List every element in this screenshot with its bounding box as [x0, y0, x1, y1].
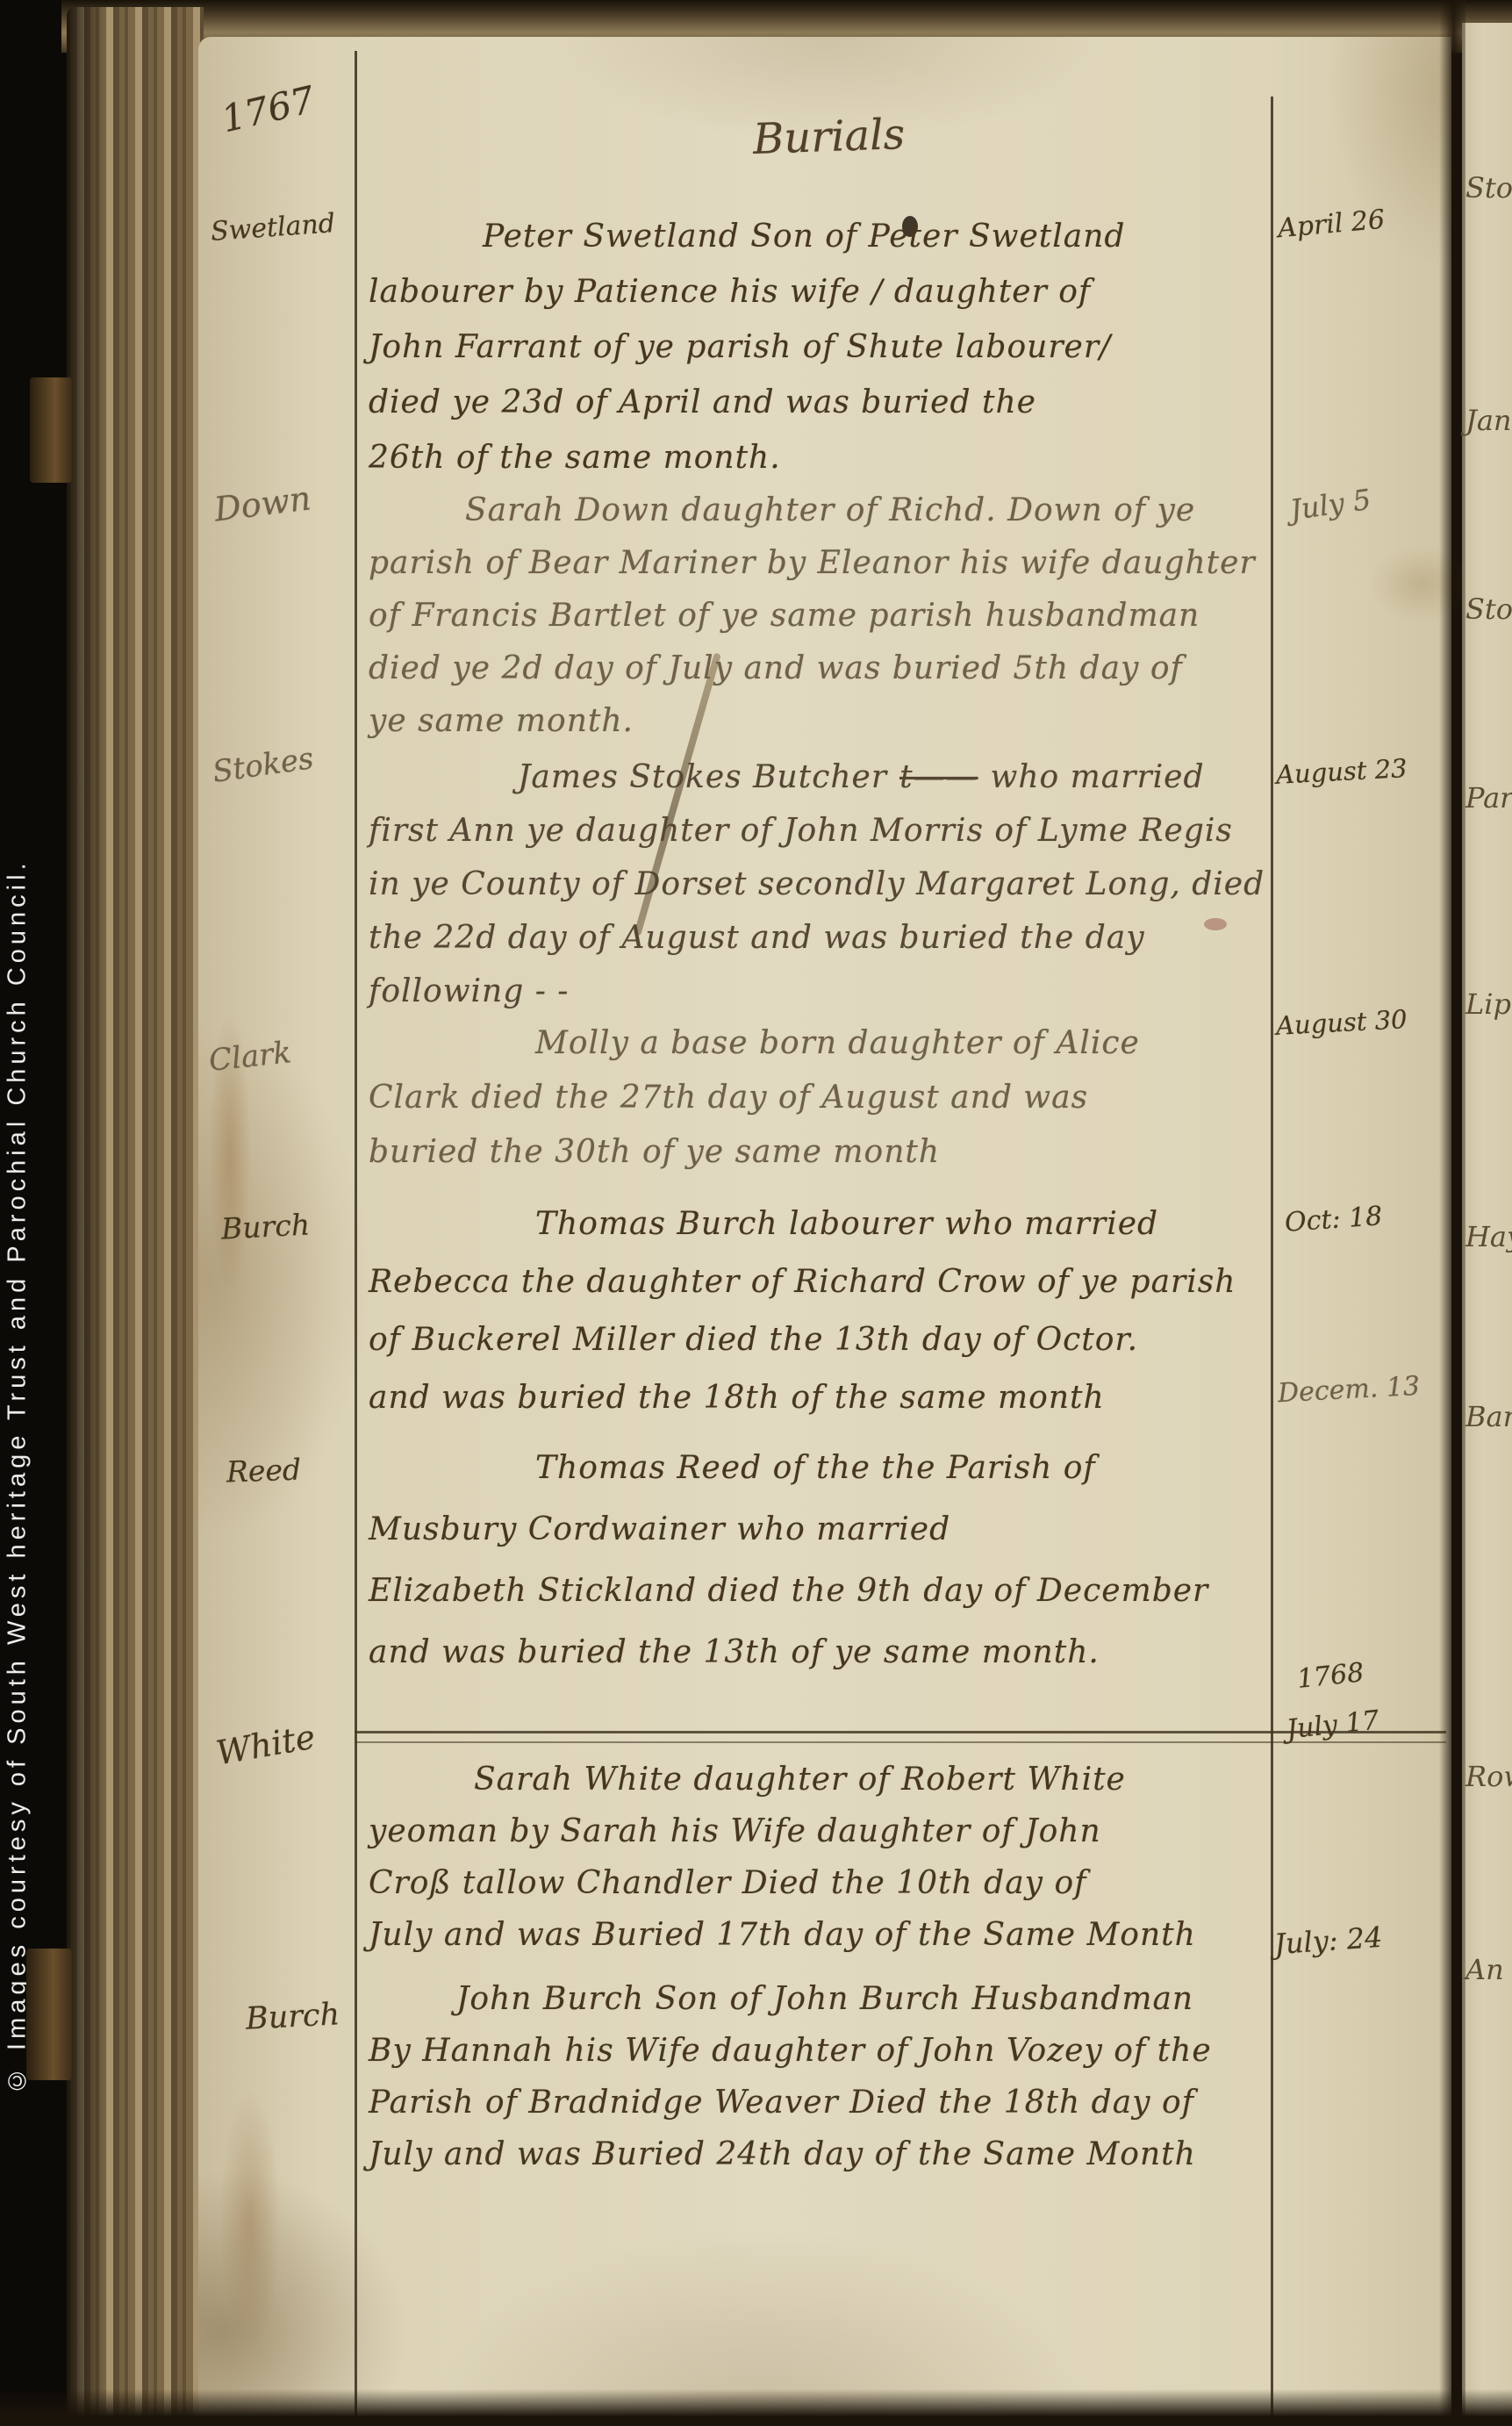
- book-gutter-shadow: [1439, 0, 1465, 2426]
- entry-line: the 22d day of August and was buried the…: [369, 911, 1286, 965]
- burial-entry-down: Sarah Down daughter of Richd. Down of ye…: [369, 484, 1286, 748]
- burial-entry-burch: Thomas Burch labourer who married Rebecc…: [369, 1195, 1286, 1427]
- entry-line: Thomas Reed of the the Parish of: [369, 1438, 1286, 1499]
- foxing-stain: [219, 2089, 281, 2352]
- entry-line: John Burch Son of John Burch Husbandman: [369, 1973, 1286, 2025]
- entry-line: in ye County of Dorset secondly Margaret…: [369, 858, 1286, 911]
- burial-entry-swetland: Peter Swetland Son of Peter Swetland lab…: [369, 209, 1286, 485]
- entry-line: buried the 30th of ye same month: [369, 1125, 1286, 1180]
- entry-line: Clark died the 27th day of August and wa…: [369, 1071, 1286, 1125]
- entry-line-segment: James Stokes Butcher: [518, 759, 887, 795]
- next-page-fragment: Parr: [1465, 781, 1512, 815]
- entry-line: Croß tallow Chandler Died the 10th day o…: [369, 1857, 1286, 1909]
- burial-entry-reed: Thomas Reed of the the Parish of Musbury…: [369, 1438, 1286, 1683]
- entry-line: of Buckerel Miller died the 13th day of …: [369, 1311, 1286, 1369]
- entry-line: died ye 23d of April and was buried the: [369, 375, 1286, 430]
- entry-line: yeoman by Sarah his Wife daughter of Joh…: [369, 1805, 1286, 1857]
- year-divider-rule: [355, 1731, 1446, 1743]
- next-page-fragment: Sto: [1465, 171, 1512, 205]
- book-page-edges: [67, 7, 204, 2426]
- entry-line: Sarah White daughter of Robert White: [369, 1754, 1286, 1805]
- burial-entry-clark: Molly a base born daughter of Alice Clar…: [369, 1016, 1286, 1180]
- entry-line: ye same month.: [369, 695, 1286, 748]
- binding-strap: [30, 377, 72, 483]
- binding-strap: [26, 1949, 72, 2080]
- entry-line: Molly a base born daughter of Alice: [369, 1016, 1286, 1071]
- entry-line: Parish of Bradnidge Weaver Died the 18th…: [369, 2077, 1286, 2128]
- surname-column-rule: [355, 51, 357, 2426]
- next-page-fragment: Hay: [1465, 1220, 1512, 1253]
- entry-line: Rebecca the daughter of Richard Crow of …: [369, 1253, 1286, 1311]
- margin-surname-burch2: Burch: [245, 1997, 340, 2037]
- entry-line: July and was Buried 17th day of the Same…: [369, 1909, 1286, 1961]
- entry-line: and was buried the 18th of the same mont…: [369, 1369, 1286, 1427]
- entry-line: Elizabeth Stickland died the 9th day of …: [369, 1561, 1286, 1622]
- crossed-out-word: t——: [899, 759, 978, 795]
- entry-line: John Farrant of ye parish of Shute labou…: [369, 319, 1286, 375]
- entry-line: following - -: [369, 965, 1286, 1018]
- entry-line: Thomas Burch labourer who married: [369, 1195, 1286, 1253]
- page-title-burials: Burials: [752, 110, 906, 164]
- margin-surname-reed: Reed: [226, 1453, 301, 1489]
- next-page-fragment: Jan: [1465, 404, 1512, 437]
- burial-entry-white: Sarah White daughter of Robert White yeo…: [369, 1754, 1286, 1961]
- entry-line: Peter Swetland Son of Peter Swetland: [369, 209, 1286, 264]
- entry-line: Sarah Down daughter of Richd. Down of ye: [369, 484, 1286, 537]
- next-page-fragment: Rowle: [1465, 1760, 1512, 1793]
- parish-register-photo: © Images courtesy of South West heritage…: [0, 0, 1512, 2426]
- book-bottom-shadow: [0, 2389, 1512, 2426]
- entry-line: July and was Buried 24th day of the Same…: [369, 2128, 1286, 2180]
- entry-line: died ye 2d day of July and was buried 5t…: [369, 642, 1286, 695]
- burial-entry-burch2: John Burch Son of John Burch Husbandman …: [369, 1973, 1286, 2180]
- entry-line: By Hannah his Wife daughter of John Voze…: [369, 2025, 1286, 2077]
- next-page-fragment: Lippin: [1465, 987, 1512, 1021]
- entry-line: James Stokes Butchert——who married: [369, 750, 1286, 804]
- margin-surname-burch: Burch: [220, 1207, 311, 1245]
- entry-line: labourer by Patience his wife / daughter…: [369, 264, 1286, 319]
- entry-line: first Ann ye daughter of John Morris of …: [369, 804, 1286, 858]
- entry-line: of Francis Bartlet of ye same parish hus…: [369, 590, 1286, 642]
- entry-line-segment: who married: [991, 759, 1205, 795]
- next-page-fragment: Sto: [1465, 592, 1512, 626]
- entry-line: and was buried the 13th of ye same month…: [369, 1622, 1286, 1683]
- entry-line: Musbury Cordwainer who married: [369, 1499, 1286, 1561]
- next-page-fragment: An: [1465, 1953, 1504, 1986]
- burial-entry-stokes: James Stokes Butchert——who married first…: [369, 750, 1286, 1018]
- entry-line: parish of Bear Mariner by Eleanor his wi…: [369, 537, 1286, 590]
- entry-line: 26th of the same month.: [369, 430, 1286, 485]
- next-page-fragment: Barg: [1465, 1400, 1512, 1433]
